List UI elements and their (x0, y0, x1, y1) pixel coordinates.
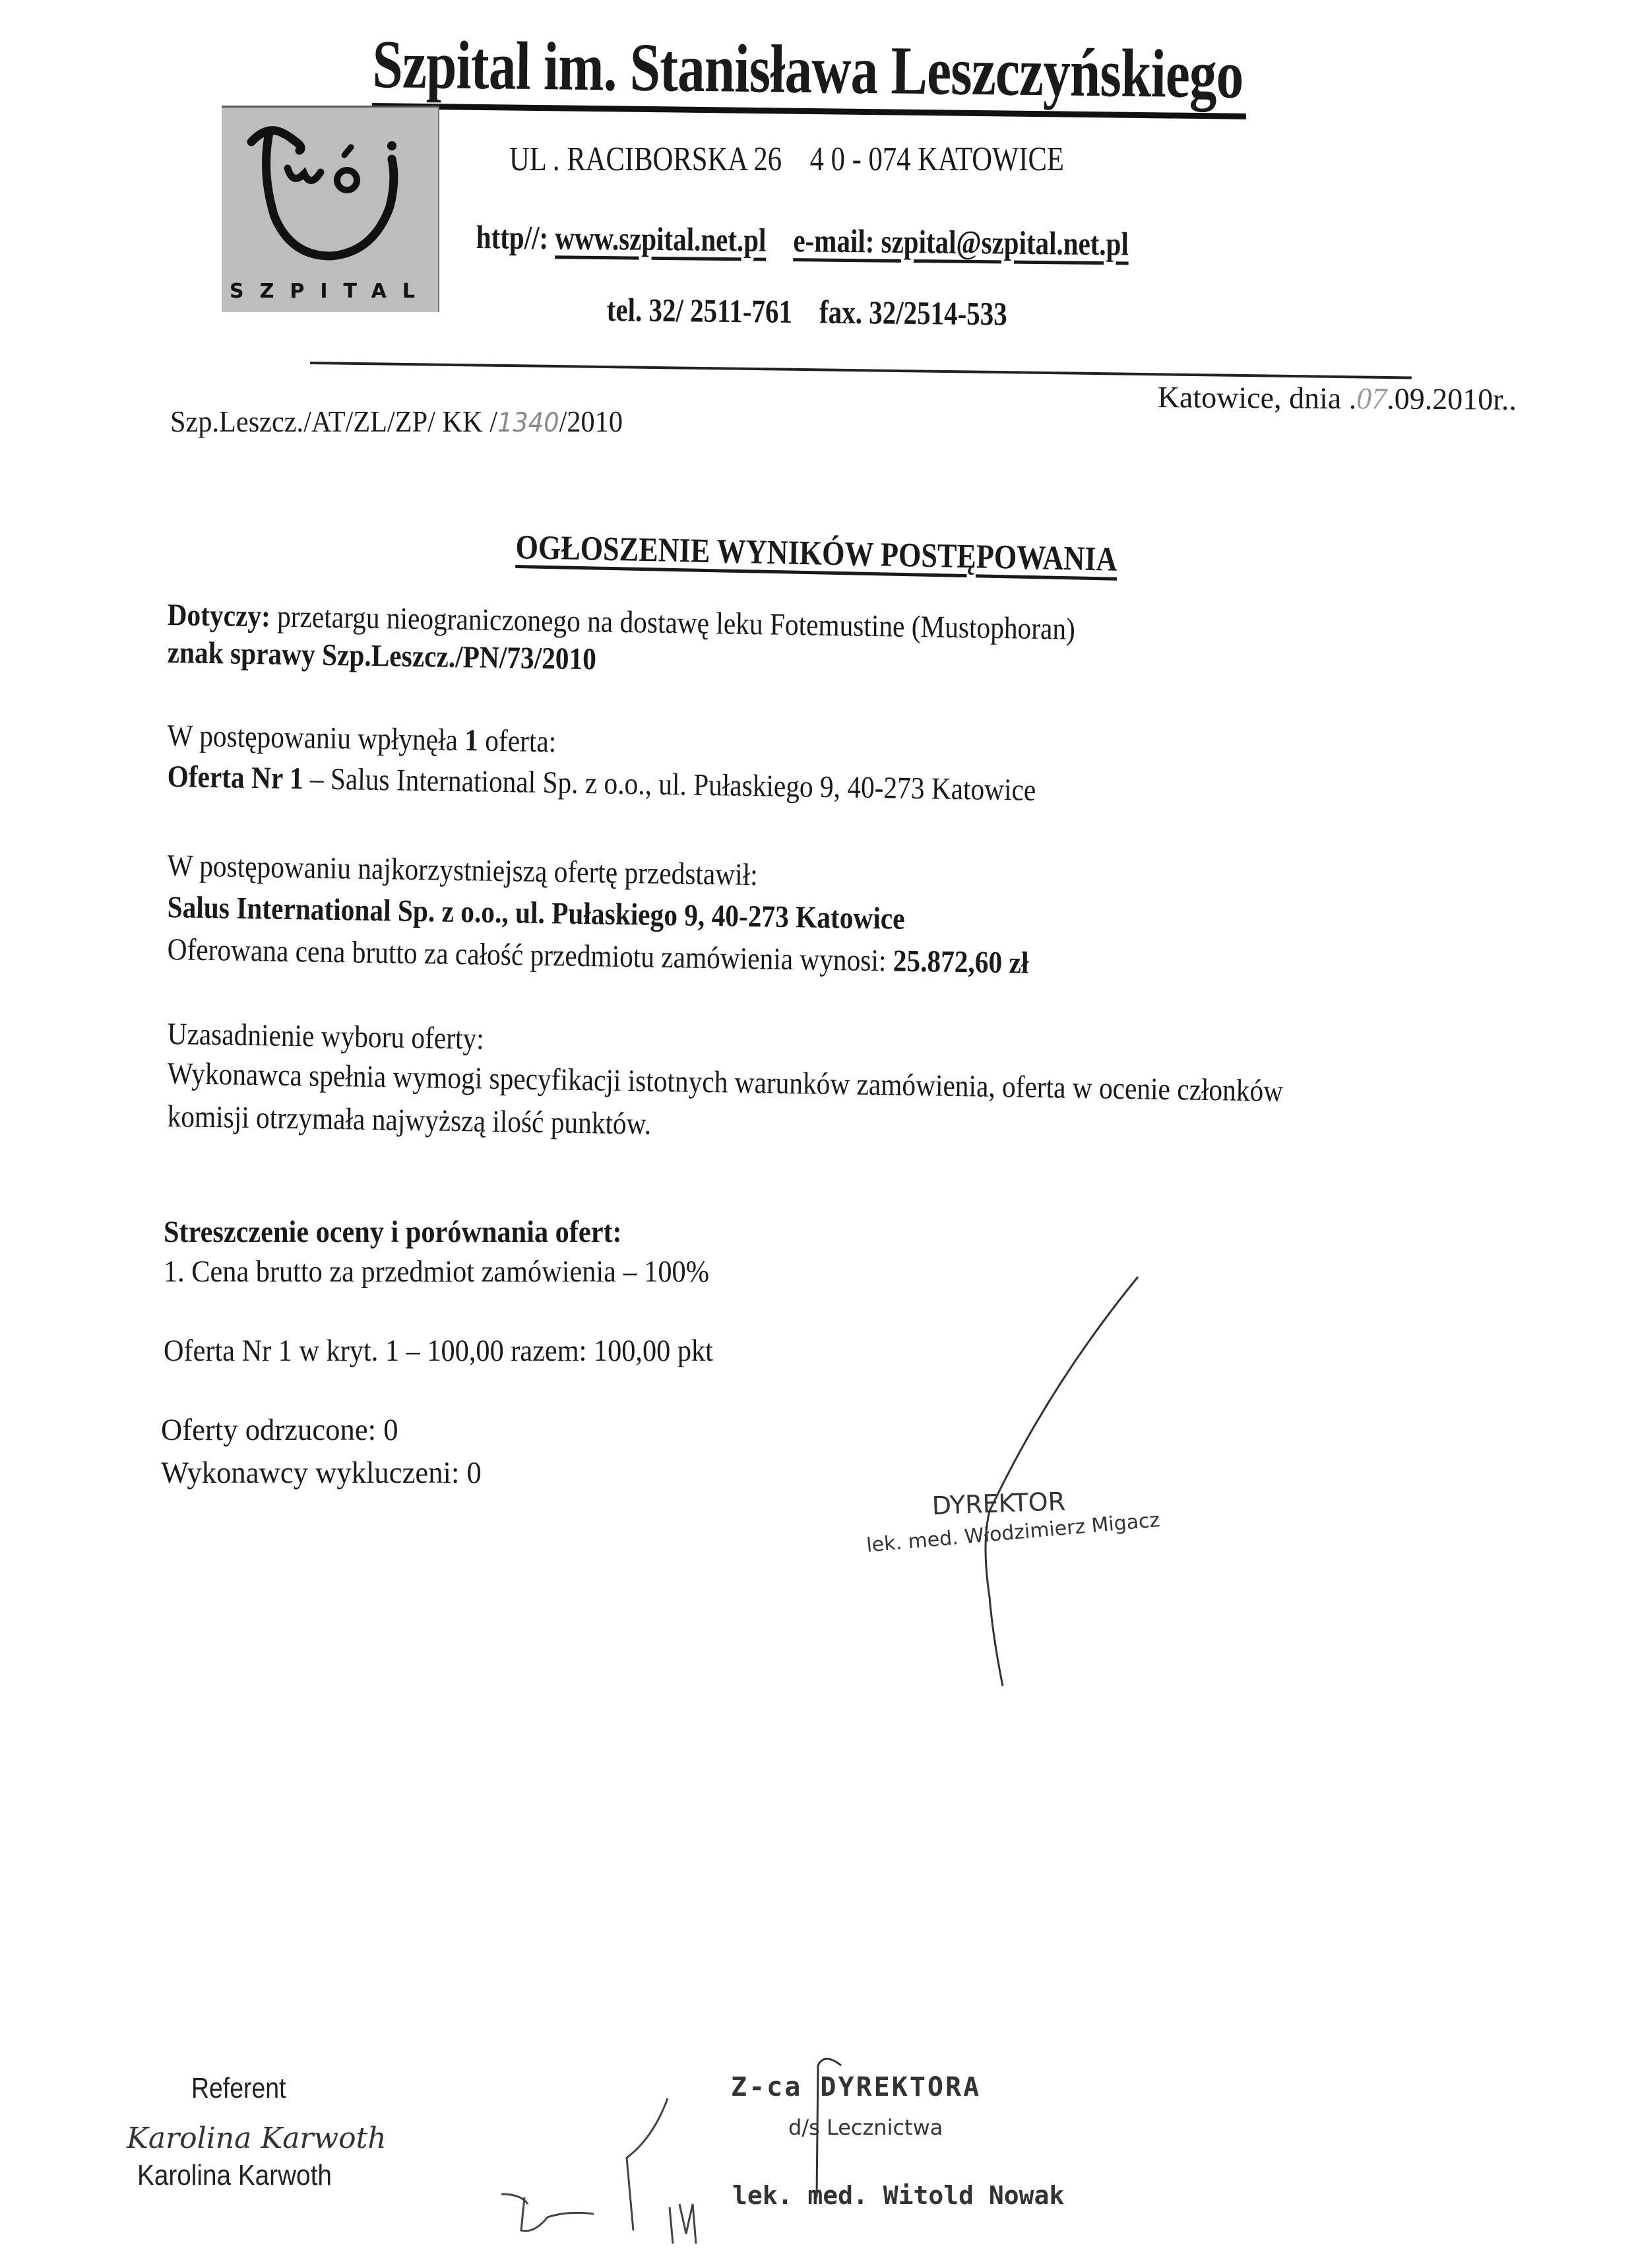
date-prefix: Katowice, dnia . (1158, 380, 1357, 415)
rejected-offers: Oferty odrzucone: 0 (161, 1412, 398, 1448)
criterion-1: 1. Cena brutto za przedmiot zamówienia –… (164, 1254, 709, 1289)
offered-price-line: Oferowana cena brutto za całość przedmio… (167, 932, 1028, 981)
handwritten-day: 07 (1356, 381, 1387, 415)
deputy-director-name: lek. med. Witold Nowak (732, 2181, 1064, 2210)
web-label: http//: (476, 218, 549, 256)
referent-label: Referent (191, 2072, 286, 2105)
reference-suffix: /2010 (559, 405, 623, 438)
price-label: Oferowana cena brutto za całość przedmio… (167, 932, 886, 978)
handwritten-reference-number: 1340 (497, 408, 559, 438)
deputy-director-department: d/s Lecznictwa (788, 2115, 943, 2140)
referent-name: Karolina Karwoth (137, 2159, 332, 2192)
logo-wordmark: SZPITAL (230, 280, 430, 303)
score-line: Oferta Nr 1 w kryt. 1 – 100,00 razem: 10… (164, 1333, 713, 1369)
justification-heading: Uzasadnienie wyboru oferty: (167, 1016, 484, 1057)
header-separator (310, 362, 1412, 379)
contact-web-email: http//: www.szpital.net.pl e-mail: szpit… (476, 218, 1129, 263)
offers-received-prefix: W postępowaniu wpłynęła (167, 719, 458, 758)
case-number: znak sprawy Szp.Leszcz./PN/73/2010 (167, 635, 596, 677)
subject-label: Dotyczy: (167, 598, 270, 633)
postal-city: 4 0 - 074 KATOWICE (810, 141, 1064, 178)
document-date: Katowice, dnia .07.09.2010r.. (1158, 379, 1517, 417)
document-title: OGŁOSZENIE WYNIKÓW POSTĘPOWANIA (515, 528, 1117, 579)
reference-prefix: Szp.Leszcz./AT/ZL/ZP/ KK / (170, 405, 497, 438)
offers-received: W postępowaniu wpłynęła 1 oferta: (167, 718, 556, 760)
street-address: UL . RACIBORSKA 26 (509, 141, 782, 178)
justification-line-2: komisji otrzymała najwyższą ilość punktó… (167, 1099, 651, 1142)
offers-received-suffix: oferta: (485, 724, 557, 760)
offer-1-line: Oferta Nr 1 – Salus International Sp. z … (167, 759, 1036, 808)
offer-1-text: – Salus International Sp. z o.o., ul. Pu… (310, 761, 1036, 807)
offers-received-count: 1 (464, 723, 478, 758)
phone-number: tel. 32/ 2511-761 (607, 291, 793, 330)
deputy-director-title: Z-ca DYREKTORA (731, 2072, 981, 2102)
referent-handwritten-signature: Karolina Karwoth (127, 2122, 387, 2155)
email-link[interactable]: e-mail: szpital@szpital.net.pl (793, 222, 1129, 262)
price-value: 25.872,60 zł (893, 944, 1028, 980)
date-suffix: .09.2010r.. (1387, 381, 1517, 416)
excluded-contractors: Wykonawcy wykluczeni: 0 (161, 1455, 482, 1491)
summary-heading: Streszczenie oceny i porównania ofert: (164, 1214, 622, 1250)
address-line: UL . RACIBORSKA 26 4 0 - 074 KATOWICE (509, 140, 1064, 179)
fax-number: fax. 32/2514-533 (819, 293, 1007, 332)
hospital-logo: SZPITAL (222, 106, 439, 312)
director-stamp-title: DYREKTOR (931, 1487, 1066, 1520)
reference-number: Szp.Leszcz./AT/ZL/ZP/ KK /1340/2010 (170, 404, 623, 439)
website-link[interactable]: www.szpital.net.pl (555, 219, 766, 258)
best-offer-intro: W postępowaniu najkorzystniejszą ofertę … (167, 848, 758, 893)
hospital-name-heading: Szpital im. Stanisława Leszczyńskiego (372, 26, 1247, 119)
best-offer-company: Salus International Sp. z o.o., ul. Puła… (167, 890, 905, 937)
offer-1-label: Oferta Nr 1 (167, 760, 303, 796)
contact-phone-fax: tel. 32/ 2511-761 fax. 32/2514-533 (607, 290, 1007, 333)
